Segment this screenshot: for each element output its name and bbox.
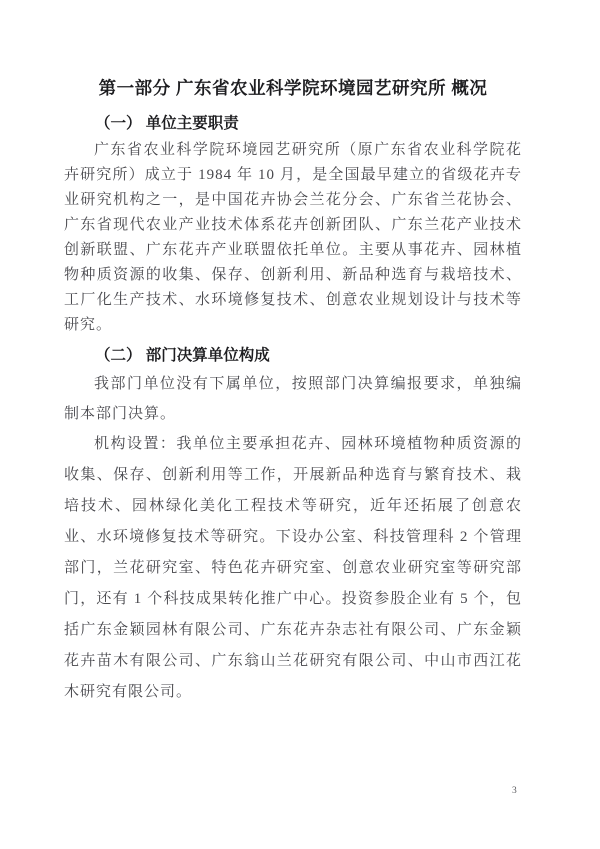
paragraph-organization-setup: 机构设置：我单位主要承担花卉、园林环境植物种质资源的收集、保存、创新利用等工作，… [64, 429, 522, 708]
page-number: 3 [512, 786, 517, 796]
section-heading-unit-duties: （一） 单位主要职责 [64, 113, 522, 135]
paragraph-unit-duties: 广东省农业科学院环境园艺研究所（原广东省农业科学院花卉研究所）成立于 1984 … [64, 138, 522, 338]
document-title: 第一部分 广东省农业科学院环境园艺研究所 概况 [64, 0, 522, 100]
section-heading-budget-composition: （二） 部门决算单位构成 [64, 345, 522, 367]
document-page: 第一部分 广东省农业科学院环境园艺研究所 概况 （一） 单位主要职责 广东省农业… [0, 0, 600, 849]
paragraph-budget-composition: 我部门单位没有下属单位，按照部门决算编报要求，单独编制本部门决算。 [64, 369, 522, 429]
